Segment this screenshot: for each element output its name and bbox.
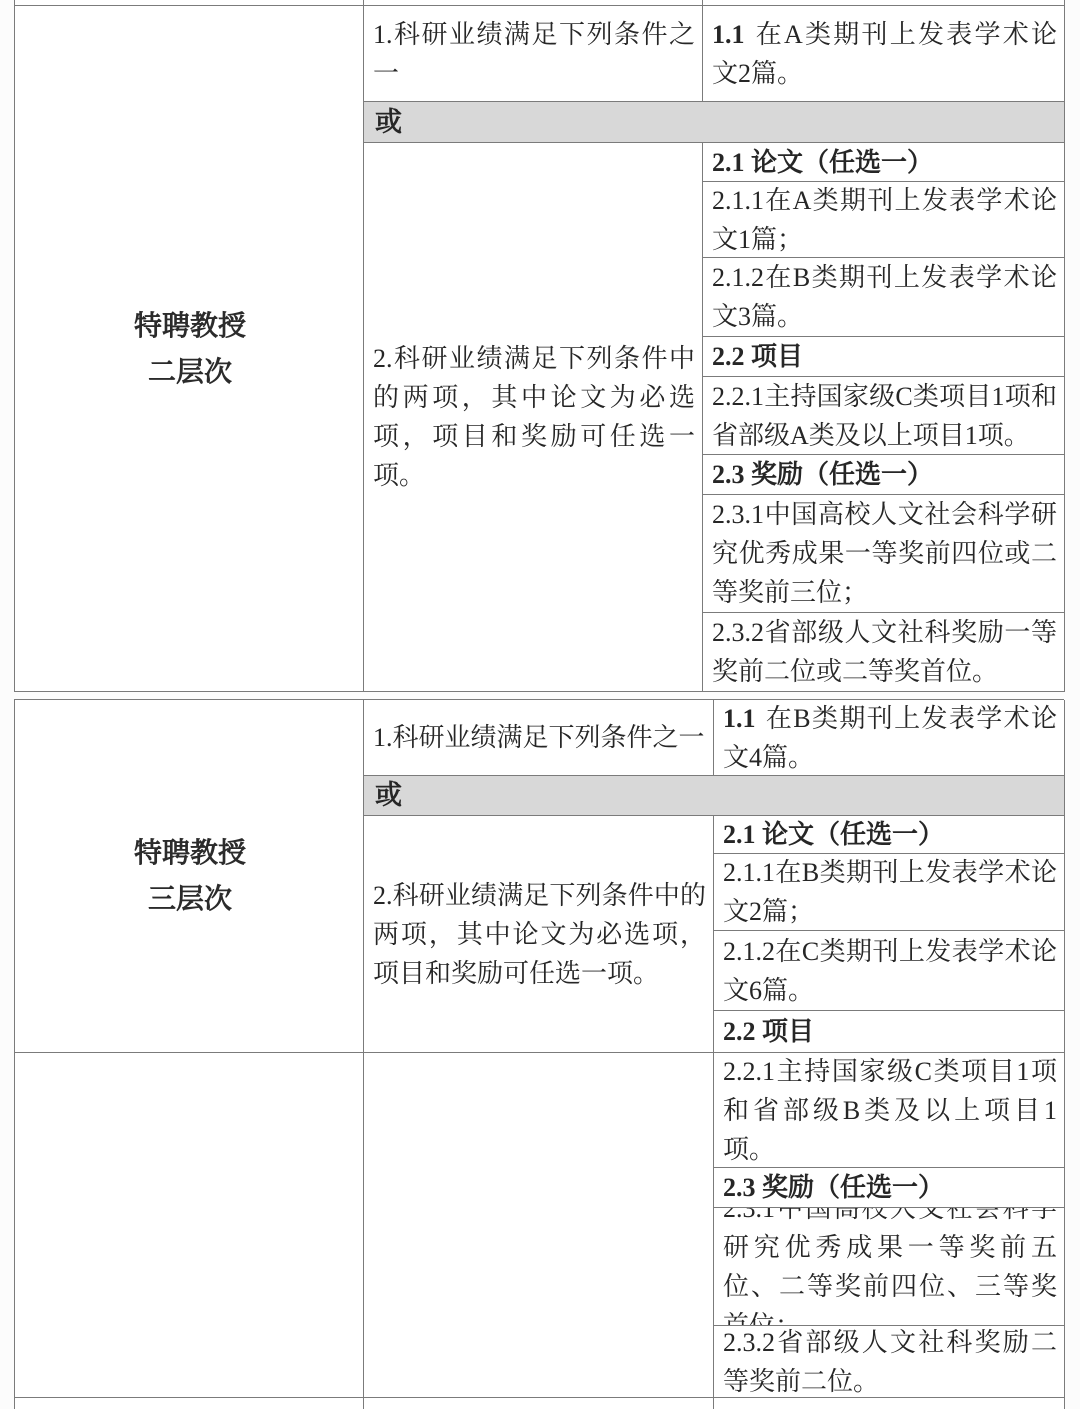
criterion-2-3-2-text: 2.3.2省部级人文社科奖励二等奖前二位。 — [723, 1326, 1057, 1398]
criterion-2-3-text: 2.3 奖励（任选一） — [712, 455, 1057, 494]
or-banner: 或 — [364, 776, 1065, 816]
criterion-2-1-1-text: 2.1.1在B类期刊上发表学术论文2篇； — [723, 854, 1057, 931]
criterion-2-3-text: 2.3 奖励（任选一） — [723, 1168, 1057, 1207]
or-banner: 或 — [364, 102, 1065, 143]
criterion-2-3-cell: 2.3 奖励（任选一） — [714, 1168, 1065, 1208]
criterion-2-3-1-text: 2.3.1中国高校人文社会科学研究优秀成果一等奖前四位或二等奖前三位； — [712, 495, 1057, 612]
criterion-2-2-text: 2.2 项目 — [712, 337, 1057, 376]
condition-2-cell: 2.科研业绩满足下列条件中的两项，其中论文为必选项，项目和奖励可任选一项。 — [364, 143, 703, 692]
criterion-2-3-1-cell: 2.3.1中国高校人文社会科学研究优秀成果一等奖前五位、二等奖前四位、三等奖首位… — [714, 1208, 1065, 1326]
cut-row-cell — [714, 1398, 1065, 1409]
item-1-1-cell: 1.1在B类期刊上发表学术论文4篇。 — [714, 700, 1065, 776]
condition-1-cell: 1.科研业绩满足下列条件之一 — [364, 700, 714, 776]
criterion-2-2-1-cell: 2.2.1主持国家级C类项目1项和省部级B类及以上项目1项。 — [714, 1053, 1065, 1168]
cut-row-cell — [15, 1398, 364, 1409]
criterion-2-1-1-cell: 2.1.1在A类期刊上发表学术论文1篇； — [703, 182, 1065, 258]
criterion-2-1-text: 2.1 论文（任选一） — [723, 816, 1057, 854]
cut-row-cell — [364, 1398, 714, 1409]
level-tier: 二层次 — [148, 349, 232, 395]
criterion-2-1-2-text: 2.1.2在B类期刊上发表学术论文3篇。 — [712, 258, 1057, 336]
professor-level-2-table: 特聘教授 二层次 1.科研业绩满足下列条件之一 1.1在A类期刊上发表学术论文2… — [14, 0, 1064, 692]
empty-condition-cell — [364, 1053, 714, 1398]
level-title: 特聘教授 — [134, 303, 246, 349]
criterion-2-2-1-text: 2.2.1主持国家级C类项目1项和省部级A类及以上项目1项。 — [712, 377, 1057, 455]
item-1-1-text: 在B类期刊上发表学术论文4篇。 — [723, 704, 1057, 772]
condition-2-cell: 2.科研业绩满足下列条件中的两项，其中论文为必选项，项目和奖励可任选一项。 — [364, 816, 714, 1053]
item-1-1-number: 1.1 — [723, 704, 756, 733]
criterion-2-2-cell: 2.2 项目 — [703, 337, 1065, 377]
criterion-2-1-2-text: 2.1.2在C类期刊上发表学术论文6篇。 — [723, 932, 1057, 1010]
item-1-1-cell: 1.1在A类期刊上发表学术论文2篇。 — [703, 6, 1065, 102]
professor-level-3-table: 特聘教授 三层次 1.科研业绩满足下列条件之一 1.1在B类期刊上发表学术论文4… — [14, 699, 1064, 1409]
item-1-1-number: 1.1 — [712, 20, 745, 49]
criterion-2-1-cell: 2.1 论文（任选一） — [714, 816, 1065, 854]
criterion-2-1-1-text: 2.1.1在A类期刊上发表学术论文1篇； — [712, 182, 1057, 258]
criterion-2-3-2-cell: 2.3.2省部级人文社科奖励二等奖前二位。 — [714, 1326, 1065, 1398]
scanned-table-page: 特聘教授 二层次 1.科研业绩满足下列条件之一 1.1在A类期刊上发表学术论文2… — [0, 0, 1080, 1409]
criterion-2-2-text: 2.2 项目 — [723, 1012, 1057, 1051]
or-label: 或 — [375, 776, 1057, 815]
criterion-2-1-text: 2.1 论文（任选一） — [712, 143, 1057, 182]
criterion-2-2-cell: 2.2 项目 — [714, 1011, 1065, 1053]
condition-2-text: 2.科研业绩满足下列条件中的两项，其中论文为必选项，项目和奖励可任选一项。 — [373, 876, 706, 993]
level-tier: 三层次 — [148, 876, 232, 922]
criterion-2-1-1-cell: 2.1.1在B类期刊上发表学术论文2篇； — [714, 854, 1065, 931]
level-cell-2: 特聘教授 二层次 — [15, 6, 364, 692]
condition-1-text: 1.科研业绩满足下列条件之一 — [373, 718, 706, 757]
condition-1-text: 1.科研业绩满足下列条件之一 — [373, 15, 695, 93]
criterion-2-2-1-cell: 2.2.1主持国家级C类项目1项和省部级A类及以上项目1项。 — [703, 377, 1065, 455]
criterion-2-1-2-cell: 2.1.2在B类期刊上发表学术论文3篇。 — [703, 258, 1065, 337]
condition-1-cell: 1.科研业绩满足下列条件之一 — [364, 6, 703, 102]
criterion-2-3-1-text: 2.3.1中国高校人文社会科学研究优秀成果一等奖前五位、二等奖前四位、三等奖首位… — [723, 1208, 1057, 1326]
criterion-2-1-cell: 2.1 论文（任选一） — [703, 143, 1065, 182]
criterion-2-3-2-cell: 2.3.2省部级人文社科奖励一等奖前二位或二等奖首位。 — [703, 613, 1065, 692]
criterion-2-3-1-cell: 2.3.1中国高校人文社会科学研究优秀成果一等奖前四位或二等奖前三位； — [703, 495, 1065, 613]
level-title: 特聘教授 — [134, 830, 246, 876]
or-label: 或 — [375, 103, 1057, 142]
empty-level-cell — [15, 1053, 364, 1398]
condition-2-text: 2.科研业绩满足下列条件中的两项，其中论文为必选项，项目和奖励可任选一项。 — [373, 339, 695, 495]
item-1-1-text: 在A类期刊上发表学术论文2篇。 — [712, 20, 1057, 88]
criterion-2-2-1-text: 2.2.1主持国家级C类项目1项和省部级B类及以上项目1项。 — [723, 1053, 1057, 1168]
criterion-2-3-cell: 2.3 奖励（任选一） — [703, 455, 1065, 495]
level-cell-3: 特聘教授 三层次 — [15, 700, 364, 1053]
criterion-2-3-2-text: 2.3.2省部级人文社科奖励一等奖前二位或二等奖首位。 — [712, 613, 1057, 691]
criterion-2-1-2-cell: 2.1.2在C类期刊上发表学术论文6篇。 — [714, 931, 1065, 1011]
